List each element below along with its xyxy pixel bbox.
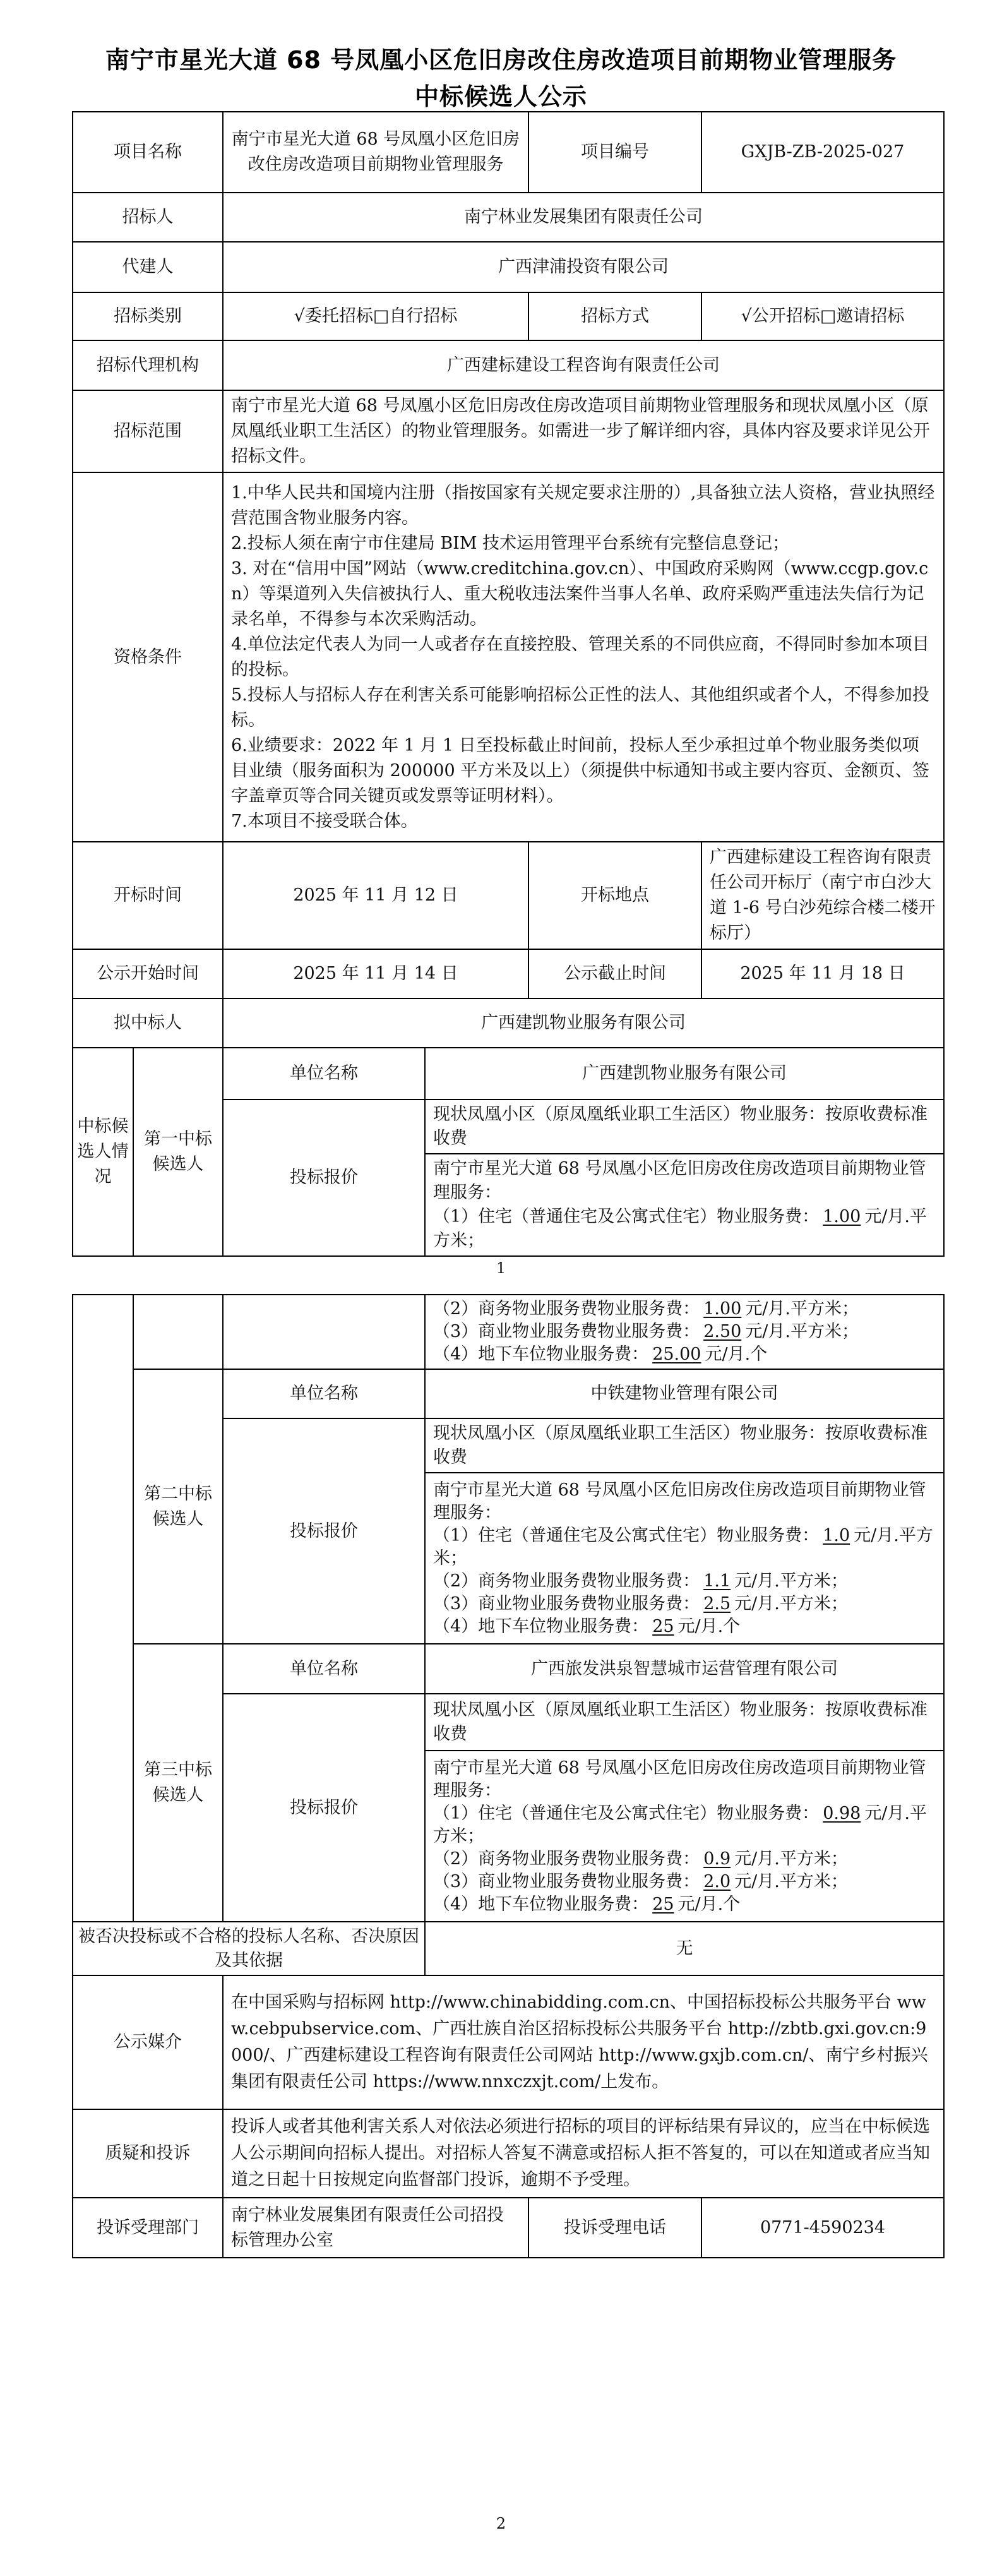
row-project: 项目名称 南宁市星光大道 68 号凤凰小区危旧房改住房改造项目前期物业管理服务 … [73, 112, 944, 193]
row-notice-period: 公示开始时间 2025 年 11 月 14 日 公示截止时间 2025 年 11… [73, 949, 944, 998]
fee-item-prefix: （2）商务物业服务费物业服务费： [433, 1571, 700, 1591]
open-time-label: 开标时间 [73, 842, 223, 949]
fee-item-unit: 元/月.平方米； [734, 1571, 848, 1591]
complaint-dept-label: 投诉受理部门 [73, 2198, 223, 2258]
complaint-label: 质疑和投诉 [73, 2109, 223, 2198]
candidate3-fees: 南宁市星光大道 68 号凤凰小区危旧房改住房改造项目前期物业管理服务： （1）住… [425, 1751, 944, 1922]
fee-item-unit: 元/月.个 [678, 1617, 741, 1636]
row-rejected: 被否决投标或不合格的投标人名称、否决原因及其依据 无 [73, 1922, 944, 1975]
proposed-winner-label: 拟中标人 [73, 998, 223, 1048]
candidate1-bid-continued [223, 1295, 425, 1369]
candidate1-unit-value: 广西建凯物业服务有限公司 [425, 1048, 944, 1099]
fee-item-prefix: （4）地下车位物业服务费： [433, 1345, 648, 1364]
open-time-value: 2025 年 11 月 12 日 [223, 842, 528, 949]
complaint-value: 投诉人或者其他利害关系人对依法必须进行招标的项目的评标结果有异议的，应当在中标候… [223, 2109, 944, 2198]
row-opening: 开标时间 2025 年 11 月 12 日 开标地点 广西建标建设工程咨询有限责… [73, 842, 944, 949]
candidate3-unit-value: 广西旅发洪泉智慧城市运营管理有限公司 [425, 1644, 944, 1694]
media-label: 公示媒介 [73, 1975, 223, 2109]
row-agency: 招标代理机构 广西建标建设工程咨询有限责任公司 [73, 340, 944, 390]
fee-item-unit: 元/月.平方米； [745, 1322, 859, 1341]
fee-item-value: 25 [648, 1617, 677, 1636]
candidate3-existing-service: 现状凤凰小区（原凤凰纸业职工生活区）物业服务：按原收费标准收费 [425, 1694, 944, 1751]
fee-item-value: 0.98 [819, 1804, 864, 1823]
fee-item-prefix: （3）商业物业服务费物业服务费： [433, 1872, 700, 1891]
candidate1-project-service: 南宁市星光大道 68 号凤凰小区危旧房改住房改造项目前期物业管理服务： [433, 1157, 936, 1205]
project-name-value: 南宁市星光大道 68 号凤凰小区危旧房改住房改造项目前期物业管理服务 [223, 112, 528, 193]
candidate3-project-service: 南宁市星光大道 68 号凤凰小区危旧房改住房改造项目前期物业管理服务： [433, 1757, 936, 1802]
fee-item-value: 0.9 [700, 1849, 734, 1869]
candidate3-bid-label: 投标报价 [223, 1694, 425, 1922]
document-title-line1: 南宁市星光大道 68 号凤凰小区危旧房改住房改造项目前期物业管理服务 [0, 40, 1002, 75]
notice-start-value: 2025 年 11 月 14 日 [223, 949, 528, 998]
fee-item-value: 1.1 [700, 1571, 734, 1591]
fee-item-value: 25 [648, 1895, 677, 1914]
page-number-2: 2 [0, 2515, 1002, 2532]
candidate1-unit-row: 中标候选人情况 第一中标候选人 单位名称 广西建凯物业服务有限公司 [73, 1048, 944, 1099]
qualification-item: 5.投标人与招标人存在利害关系可能影响招标公正性的法人、其他组织或者个人，不得参… [231, 683, 936, 733]
row-scope: 招标范围 南宁市星光大道 68 号凤凰小区危旧房改住房改造项目前期物业管理服务和… [73, 390, 944, 472]
notice-end-label: 公示截止时间 [528, 949, 701, 998]
project-no-label: 项目编号 [528, 112, 701, 193]
rejected-value: 无 [425, 1922, 944, 1975]
complaint-phone-value: 0771-4590234 [701, 2198, 944, 2258]
candidate1-fees-part1: 南宁市星光大道 68 号凤凰小区危旧房改住房改造项目前期物业管理服务： （1）住… [425, 1154, 944, 1256]
row-proposed-winner: 拟中标人 广西建凯物业服务有限公司 [73, 998, 944, 1048]
qualification-item: 7.本项目不接受联合体。 [231, 809, 936, 834]
fee-item-value: 1.00 [819, 1207, 864, 1226]
open-place-label: 开标地点 [528, 842, 701, 949]
candidate1-bid-label: 投标报价 [223, 1099, 425, 1256]
fee-item-prefix: （4）地下车位物业服务费： [433, 1617, 648, 1636]
agent-builder-value: 广西津浦投资有限公司 [223, 242, 944, 292]
candidate2-fees: 南宁市星光大道 68 号凤凰小区危旧房改住房改造项目前期物业管理服务： （1）住… [425, 1473, 944, 1644]
qualification-item: 1.中华人民共和国境内注册（指按国家有关规定要求注册的）,具备独立法人资格，营业… [231, 481, 936, 531]
fee-item-value: 2.50 [700, 1322, 745, 1341]
notice-table-page2: （2）商务物业服务费物业服务费：1.00元/月.平方米； （3）商业物业服务费物… [72, 1294, 945, 2258]
qualification-label: 资格条件 [73, 472, 223, 842]
qualification-list: 1.中华人民共和国境内注册（指按国家有关规定要求注册的）,具备独立法人资格，营业… [223, 472, 944, 842]
fee-item-unit: 元/月.平方米； [734, 1849, 848, 1869]
candidate1-fees-part2: （2）商务物业服务费物业服务费：1.00元/月.平方米； （3）商业物业服务费物… [425, 1295, 944, 1369]
row-tender-type: 招标类别 √委托招标□自行招标 招标方式 √公开招标□邀请招标 [73, 292, 944, 340]
tender-category-label: 招标类别 [73, 292, 223, 340]
qualification-item: 4.单位法定代表人为同一人或者存在直接控股、管理关系的不同供应商，不得同时参加本… [231, 632, 936, 683]
fee-item-value: 1.0 [819, 1526, 854, 1545]
candidate2-unit-row: 第二中标候选人 单位名称 中铁建物业管理有限公司 [73, 1369, 944, 1418]
fee-item-value: 1.00 [700, 1299, 745, 1319]
candidate2-project-service: 南宁市星光大道 68 号凤凰小区危旧房改住房改造项目前期物业管理服务： [433, 1479, 936, 1525]
fee-item-prefix: （3）商业物业服务费物业服务费： [433, 1322, 700, 1341]
agent-builder-label: 代建人 [73, 242, 223, 292]
fee-item-unit: 元/月.个 [678, 1895, 741, 1914]
fee-item-prefix: （3）商业物业服务费物业服务费： [433, 1594, 700, 1614]
fee-item-unit: 元/月.个 [705, 1345, 767, 1364]
tender-category-value: √委托招标□自行招标 [223, 292, 528, 340]
document-title-line2: 中标候选人公示 [0, 77, 1002, 112]
tenderer-value: 南宁林业发展集团有限责任公司 [223, 193, 944, 242]
fee-item-prefix: （1）住宅（普通住宅及公寓式住宅）物业服务费： [433, 1526, 819, 1545]
fee-item-unit: 元/月.平方米； [745, 1299, 859, 1319]
page-number-1: 1 [0, 1259, 1002, 1277]
scope-label: 招标范围 [73, 390, 223, 472]
notice-end-value: 2025 年 11 月 18 日 [701, 949, 944, 998]
project-name-label: 项目名称 [73, 112, 223, 193]
complaint-dept-value: 南宁林业发展集团有限责任公司招投标管理办公室 [223, 2198, 528, 2258]
fee-item-prefix: （2）商务物业服务费物业服务费： [433, 1849, 700, 1869]
candidates-section-label: 中标候选人情况 [73, 1048, 133, 1256]
row-complaint: 质疑和投诉 投诉人或者其他利害关系人对依法必须进行招标的项目的评标结果有异议的，… [73, 2109, 944, 2198]
row-tenderer: 招标人 南宁林业发展集团有限责任公司 [73, 193, 944, 242]
notice-table-page1: 项目名称 南宁市星光大道 68 号凤凰小区危旧房改住房改造项目前期物业管理服务 … [72, 111, 945, 1257]
scope-value: 南宁市星光大道 68 号凤凰小区危旧房改住房改造项目前期物业管理服务和现状凤凰小… [223, 390, 944, 472]
candidate2-unit-label: 单位名称 [223, 1369, 425, 1418]
rejected-label: 被否决投标或不合格的投标人名称、否决原因及其依据 [73, 1922, 425, 1975]
fee-item-value: 2.0 [700, 1872, 734, 1891]
fee-item-prefix: （2）商务物业服务费物业服务费： [433, 1299, 700, 1319]
fee-item-unit: 元/月.平方米； [734, 1872, 848, 1891]
media-value: 在中国采购与招标网 http://www.chinabidding.com.cn… [223, 1975, 944, 2109]
candidate3-unit-label: 单位名称 [223, 1644, 425, 1694]
project-no-value: GXJB-ZB-2025-027 [701, 112, 944, 193]
complaint-phone-label: 投诉受理电话 [528, 2198, 701, 2258]
candidate3-unit-row: 第三中标候选人 单位名称 广西旅发洪泉智慧城市运营管理有限公司 [73, 1644, 944, 1694]
proposed-winner-value: 广西建凯物业服务有限公司 [223, 998, 944, 1048]
tender-method-label: 招标方式 [528, 292, 701, 340]
candidate1-existing-service: 现状凤凰小区（原凤凰纸业职工生活区）物业服务：按原收费标准收费 [425, 1099, 944, 1154]
tenderer-label: 招标人 [73, 193, 223, 242]
row-agent-builder: 代建人 广西津浦投资有限公司 [73, 242, 944, 292]
fee-item-value: 2.5 [700, 1594, 734, 1614]
candidate1-rank: 第一中标候选人 [133, 1048, 223, 1256]
qualification-item: 6.业绩要求：2022 年 1 月 1 日至投标截止时间前，投标人至少承担过单个… [231, 733, 936, 809]
candidate2-unit-value: 中铁建物业管理有限公司 [425, 1369, 944, 1418]
notice-start-label: 公示开始时间 [73, 949, 223, 998]
candidate1-fees-row-part2: （2）商务物业服务费物业服务费：1.00元/月.平方米； （3）商业物业服务费物… [73, 1295, 944, 1369]
fee-item-prefix: （4）地下车位物业服务费： [433, 1895, 648, 1914]
agency-label: 招标代理机构 [73, 340, 223, 390]
open-place-value: 广西建标建设工程咨询有限责任公司开标厅（南宁市白沙大道 1-6 号白沙苑综合楼二… [701, 842, 944, 949]
fee-item-prefix: （1）住宅（普通住宅及公寓式住宅）物业服务费： [433, 1207, 819, 1226]
candidate1-unit-label: 单位名称 [223, 1048, 425, 1099]
fee-item-value: 25.00 [648, 1345, 705, 1364]
candidates-section-continued [73, 1295, 133, 1922]
fee-item-prefix: （1）住宅（普通住宅及公寓式住宅）物业服务费： [433, 1804, 819, 1823]
row-complaint-contact: 投诉受理部门 南宁林业发展集团有限责任公司招投标管理办公室 投诉受理电话 077… [73, 2198, 944, 2258]
candidate2-bid-label: 投标报价 [223, 1418, 425, 1644]
row-media: 公示媒介 在中国采购与招标网 http://www.chinabidding.c… [73, 1975, 944, 2109]
candidate1-rank-continued [133, 1295, 223, 1369]
fee-item-unit: 元/月.平方米； [734, 1594, 848, 1614]
qualification-item: 2.投标人须在南宁市住建局 BIM 技术运用管理平台系统有完整信息登记； [231, 531, 936, 556]
qualification-item: 3. 对在“信用中国”网站（www.creditchina.gov.cn）、中国… [231, 556, 936, 632]
candidate2-existing-service: 现状凤凰小区（原凤凰纸业职工生活区）物业服务：按原收费标准收费 [425, 1418, 944, 1473]
row-qualification: 资格条件 1.中华人民共和国境内注册（指按国家有关规定要求注册的）,具备独立法人… [73, 472, 944, 842]
tender-method-value: √公开招标□邀请招标 [701, 292, 944, 340]
candidate2-rank: 第二中标候选人 [133, 1369, 223, 1644]
candidate3-rank: 第三中标候选人 [133, 1644, 223, 1922]
agency-value: 广西建标建设工程咨询有限责任公司 [223, 340, 944, 390]
